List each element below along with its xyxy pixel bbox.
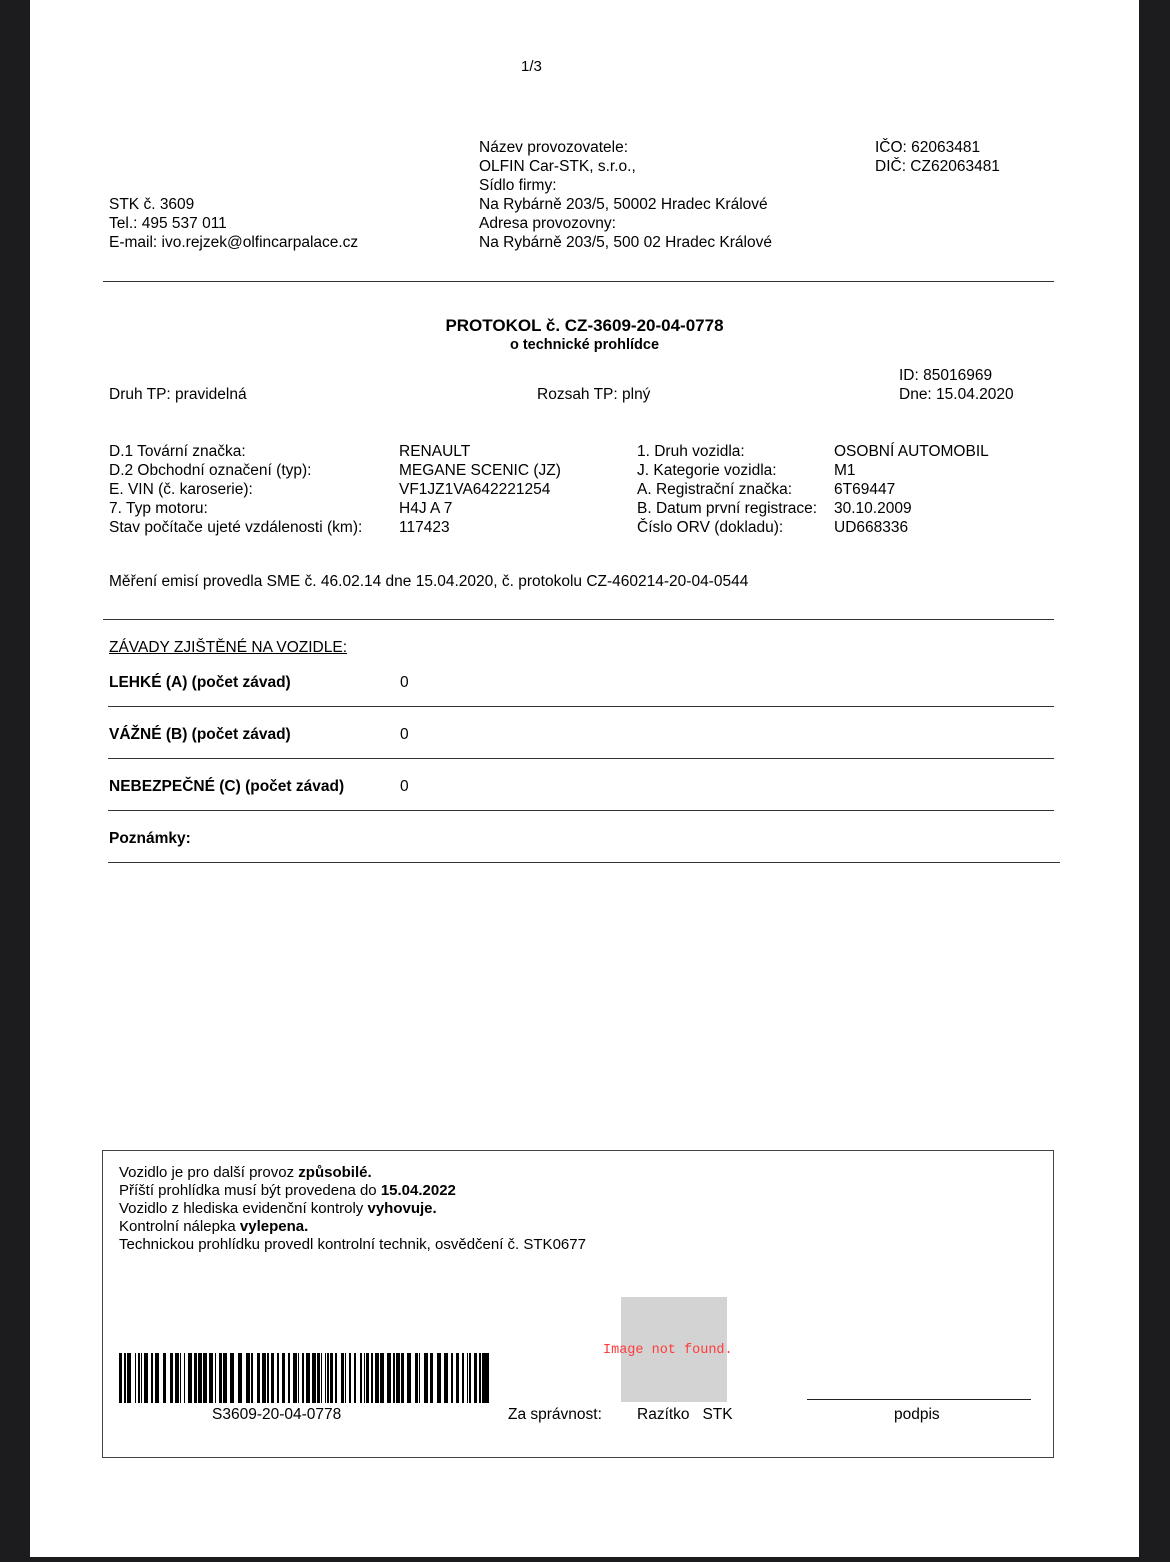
field-label: 7. Typ motoru: xyxy=(109,499,362,518)
vin-value: VF1JZ1VA642221254 xyxy=(399,480,561,499)
inspection-scope: Rozsah TP: plný xyxy=(537,385,650,404)
ico: IČO: 62063481 xyxy=(875,138,1000,157)
operator-info: Název provozovatele: OLFIN Car-STK, s.r.… xyxy=(479,138,772,252)
defect-serious-label: VÁŽNÉ (B) (počet závad) xyxy=(109,725,291,744)
roadworthy-text: Vozidlo je pro další provoz xyxy=(119,1164,298,1181)
field-label: B. Datum první registrace: xyxy=(637,499,817,518)
notes-label: Poznámky: xyxy=(109,829,191,848)
station-phone: Tel.: 495 537 011 xyxy=(109,214,358,233)
field-label: D.1 Tovární značka: xyxy=(109,442,362,461)
operator-seat: Na Rybárně 203/5, 50002 Hradec Králové xyxy=(479,195,772,214)
operator-name-label: Název provozovatele: xyxy=(479,138,772,157)
header-divider xyxy=(103,281,1054,282)
defect-light-count: 0 xyxy=(400,673,409,692)
engine-value: H4J A 7 xyxy=(399,499,561,518)
defect-serious-count: 0 xyxy=(400,725,409,744)
signature-label: podpis xyxy=(894,1405,940,1424)
emissions-divider xyxy=(103,619,1054,620)
defect-divider xyxy=(108,758,1054,759)
defect-light-label: LEHKÉ (A) (počet závad) xyxy=(109,673,291,692)
model-value: MEGANE SCENIC (JZ) xyxy=(399,461,561,480)
stamp-missing-message: Image not found. xyxy=(603,1343,733,1358)
result-statements: Vozidlo je pro další provoz způsobilé. P… xyxy=(119,1164,586,1254)
station-info: STK č. 3609 Tel.: 495 537 011 E-mail: iv… xyxy=(109,195,358,252)
defect-dangerous-count: 0 xyxy=(400,777,409,796)
vehicle-right-labels: 1. Druh vozidla: J. Kategorie vozidla: A… xyxy=(637,442,817,537)
registration-check-text: Vozidlo z hlediska evidenční kontroly xyxy=(119,1200,367,1217)
orv-value: UD668336 xyxy=(834,518,989,537)
signature-line xyxy=(807,1399,1031,1400)
operator-address: Na Rybárně 203/5, 500 02 Hradec Králové xyxy=(479,233,772,252)
vehicle-left-labels: D.1 Tovární značka: D.2 Obchodní označen… xyxy=(109,442,362,537)
next-inspection-date: 15.04.2022 xyxy=(381,1182,456,1199)
field-label: A. Registrační značka: xyxy=(637,480,817,499)
protocol-date: Dne: 15.04.2020 xyxy=(899,385,1014,404)
defects-heading: ZÁVADY ZJIŠTĚNÉ NA VOZIDLE: xyxy=(109,638,347,657)
barcode-text: S3609-20-04-0778 xyxy=(212,1405,341,1424)
defect-dangerous-label: NEBEZPEČNÉ (C) (počet závad) xyxy=(109,777,344,796)
field-label: D.2 Obchodní označení (typ): xyxy=(109,461,362,480)
dic: DIČ: CZ62063481 xyxy=(875,157,1000,176)
sticker-status: vylepena. xyxy=(240,1218,308,1235)
protocol-subtitle: o technické prohlídce xyxy=(30,337,1139,353)
operator-name: OLFIN Car-STK, s.r.o., xyxy=(479,157,772,176)
protocol-id: ID: 85016969 xyxy=(899,366,1014,385)
defect-divider xyxy=(108,810,1054,811)
document-page: 1/3 STK č. 3609 Tel.: 495 537 011 E-mail… xyxy=(30,0,1139,1557)
vehicle-kind-value: OSOBNÍ AUTOMOBIL xyxy=(834,442,989,461)
operator-address-label: Adresa provozovny: xyxy=(479,214,772,233)
stamp-label: Razítko STK xyxy=(637,1405,733,1424)
defect-divider xyxy=(108,706,1054,707)
vehicle-left-values: RENAULT MEGANE SCENIC (JZ) VF1JZ1VA64222… xyxy=(399,442,561,537)
protocol-title: PROTOKOL č. CZ-3609-20-04-0778 xyxy=(30,316,1139,336)
page-number: 1/3 xyxy=(521,58,542,75)
make-value: RENAULT xyxy=(399,442,561,461)
field-label: Číslo ORV (dokladu): xyxy=(637,518,817,537)
plate-value: 6T69447 xyxy=(834,480,989,499)
roadworthy-status: způsobilé. xyxy=(298,1164,371,1181)
stk-number: STK č. 3609 xyxy=(109,195,358,214)
operator-seat-label: Sídlo firmy: xyxy=(479,176,772,195)
field-label: E. VIN (č. karoserie): xyxy=(109,480,362,499)
technician-text: Technickou prohlídku provedl kontrolní t… xyxy=(119,1236,586,1254)
notes-divider xyxy=(108,862,1060,863)
vehicle-right-values: OSOBNÍ AUTOMOBIL M1 6T69447 30.10.2009 U… xyxy=(834,442,989,537)
protocol-meta: ID: 85016969 Dne: 15.04.2020 xyxy=(899,366,1014,404)
correctness-label: Za správnost: xyxy=(508,1405,602,1424)
barcode xyxy=(119,1353,490,1403)
field-label: 1. Druh vozidla: xyxy=(637,442,817,461)
category-value: M1 xyxy=(834,461,989,480)
field-label: Stav počítače ujeté vzdálenosti (km): xyxy=(109,518,362,537)
station-email: E-mail: ivo.rejzek@olfincarpalace.cz xyxy=(109,233,358,252)
next-inspection-text: Příští prohlídka musí být provedena do xyxy=(119,1182,381,1199)
odometer-value: 117423 xyxy=(399,518,561,537)
inspection-type: Druh TP: pravidelná xyxy=(109,385,247,404)
sticker-text: Kontrolní nálepka xyxy=(119,1218,240,1235)
registration-check-status: vyhovuje. xyxy=(367,1200,436,1217)
emissions-note: Měření emisí provedla SME č. 46.02.14 dn… xyxy=(109,572,748,591)
tax-ids: IČO: 62063481 DIČ: CZ62063481 xyxy=(875,138,1000,176)
field-label: J. Kategorie vozidla: xyxy=(637,461,817,480)
first-registration-value: 30.10.2009 xyxy=(834,499,989,518)
